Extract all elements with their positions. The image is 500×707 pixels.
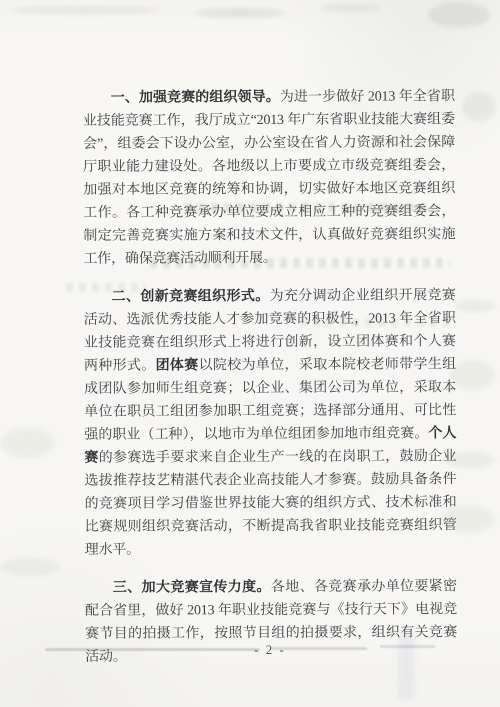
ink-bleed-smudge: [450, 360, 495, 390]
ink-bleed-smudge: [10, 6, 160, 14]
document-body: 一、加强竞赛的组织领导。为进一步做好 2013 年全省职业技能竞赛工作，我厅成立…: [83, 85, 458, 669]
section-2-body-part3: 的参赛选手要求来自企业生产一线的在岗职工，鼓励企业选拔推荐技艺精湛代表企业高技能…: [84, 449, 456, 558]
ink-bleed-smudge: [428, 2, 490, 28]
ink-bleed-smudge: [320, 4, 380, 12]
ink-bleed-smudge: [462, 92, 496, 122]
section-3-heading: 三、加大竞赛宣传力度。: [113, 580, 271, 596]
section-1-heading: 一、加强竞赛的组织领导。: [111, 90, 280, 106]
section-1-body: 为进一步做好 2013 年全省职业技能竞赛工作，我厅成立“2013 年广东省职业…: [83, 89, 456, 267]
page-number: - 2 -: [84, 642, 456, 658]
section-2-emphasis-team-competition: 团体赛: [156, 358, 199, 373]
ink-bleed-smudge: [455, 300, 495, 312]
ink-bleed-smudge: [195, 8, 285, 18]
section-2-heading: 二、创新竞赛组织形式。: [112, 289, 270, 305]
paragraph-section-1: 一、加强竞赛的组织领导。为进一步做好 2013 年全省职业技能竞赛工作，我厅成立…: [83, 85, 456, 271]
ink-bleed-smudge: [0, 558, 60, 576]
scanned-document-page: 一、加强竞赛的组织领导。为进一步做好 2013 年全省职业技能竞赛工作，我厅成立…: [0, 0, 500, 707]
ink-bleed-smudge: [0, 428, 55, 458]
paragraph-section-2: 二、创新竞赛组织形式。为充分调动企业组织开展竞赛活动、选派优秀技能人才参加竞赛的…: [84, 284, 457, 562]
